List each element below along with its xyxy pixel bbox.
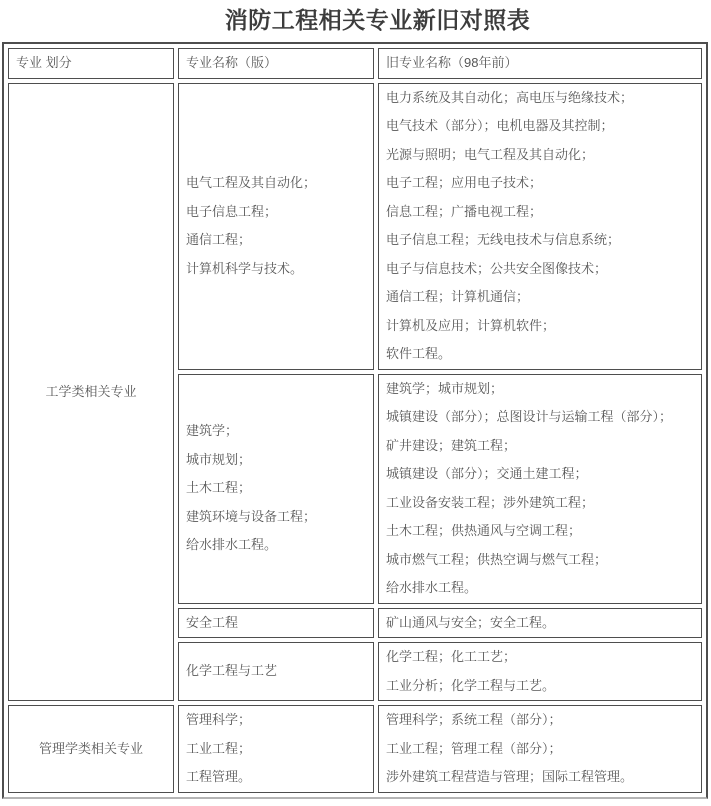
new-major-cell: 管理科学；工业工程；工程管理。	[178, 705, 374, 793]
major-line: 电力系统及其自动化；高电压与绝缘技术；	[386, 84, 694, 113]
major-line: 电子工程；应用电子技术；	[386, 169, 694, 198]
major-line: 电子信息工程；无线电技术与信息系统；	[386, 226, 694, 255]
major-line: 化学工程与工艺	[186, 657, 366, 686]
major-line: 安全工程	[186, 609, 366, 638]
major-line: 建筑学；城市规划；	[386, 375, 694, 404]
page-title: 消防工程相关专业新旧对照表	[0, 7, 711, 34]
major-line: 工业设备安装工程；涉外建筑工程；	[386, 489, 694, 518]
major-line: 计算机及应用；计算机软件；	[386, 312, 694, 341]
new-major-cell: 安全工程	[178, 608, 374, 639]
major-line: 电子信息工程；	[186, 198, 366, 227]
major-line: 管理科学；系统工程（部分）；	[386, 706, 694, 735]
new-major-cell: 电气工程及其自动化；电子信息工程；通信工程；计算机科学与技术。	[178, 83, 374, 370]
major-line: 通信工程；计算机通信；	[386, 283, 694, 312]
major-line: 矿井建设；建筑工程；	[386, 432, 694, 461]
major-line: 化学工程；化工工艺；	[386, 643, 694, 672]
major-line: 信息工程；广播电视工程；	[386, 198, 694, 227]
major-line: 工业工程；	[186, 735, 366, 764]
major-line: 计算机科学与技术。	[186, 255, 366, 284]
table-row: 管理学类相关专业管理科学；工业工程；工程管理。管理科学；系统工程（部分）；工业工…	[8, 705, 702, 793]
major-line: 建筑环境与设备工程；	[186, 503, 366, 532]
major-line: 给水排水工程。	[186, 531, 366, 560]
major-line: 建筑学；	[186, 417, 366, 446]
major-line: 工业工程；管理工程（部分）；	[386, 735, 694, 764]
major-line: 管理科学；	[186, 706, 366, 735]
major-line: 工程管理。	[186, 763, 366, 792]
major-comparison-table: 专业 划分 专业名称（版） 旧专业名称（98年前） 工学类相关专业电气工程及其自…	[2, 42, 708, 799]
header-row: 专业 划分 专业名称（版） 旧专业名称（98年前）	[8, 48, 702, 79]
new-major-cell: 化学工程与工艺	[178, 642, 374, 701]
category-cell: 工学类相关专业	[8, 83, 174, 702]
major-line: 涉外建筑工程营造与管理；国际工程管理。	[386, 763, 694, 792]
major-line: 土木工程；供热通风与空调工程；	[386, 517, 694, 546]
major-line: 城市燃气工程；供热空调与燃气工程；	[386, 546, 694, 575]
major-line: 光源与照明；电气工程及其自动化；	[386, 141, 694, 170]
old-major-cell: 矿山通风与安全；安全工程。	[378, 608, 702, 639]
major-line: 电气工程及其自动化；	[186, 169, 366, 198]
old-major-cell: 电力系统及其自动化；高电压与绝缘技术；电气技术（部分）；电机电器及其控制；光源与…	[378, 83, 702, 370]
major-line: 工业分析；化学工程与工艺。	[386, 672, 694, 701]
old-major-cell: 管理科学；系统工程（部分）；工业工程；管理工程（部分）；涉外建筑工程营造与管理；…	[378, 705, 702, 793]
major-line: 给水排水工程。	[386, 574, 694, 603]
header-old-major-name: 旧专业名称（98年前）	[378, 48, 702, 79]
major-line: 电子与信息技术；公共安全图像技术；	[386, 255, 694, 284]
table-row: 工学类相关专业电气工程及其自动化；电子信息工程；通信工程；计算机科学与技术。电力…	[8, 83, 702, 370]
old-major-cell: 化学工程；化工工艺；工业分析；化学工程与工艺。	[378, 642, 702, 701]
major-line: 土木工程；	[186, 474, 366, 503]
major-line: 城镇建设（部分）；总图设计与运输工程（部分）；	[386, 403, 694, 432]
header-category: 专业 划分	[8, 48, 174, 79]
major-line: 城镇建设（部分）；交通土建工程；	[386, 460, 694, 489]
major-line: 通信工程；	[186, 226, 366, 255]
old-major-cell: 建筑学；城市规划；城镇建设（部分）；总图设计与运输工程（部分）；矿井建设；建筑工…	[378, 374, 702, 604]
category-cell: 管理学类相关专业	[8, 705, 174, 793]
header-new-major-name: 专业名称（版）	[178, 48, 374, 79]
major-line: 矿山通风与安全；安全工程。	[386, 609, 694, 638]
table-body: 工学类相关专业电气工程及其自动化；电子信息工程；通信工程；计算机科学与技术。电力…	[8, 83, 702, 793]
new-major-cell: 建筑学；城市规划；土木工程；建筑环境与设备工程；给水排水工程。	[178, 374, 374, 604]
major-line: 城市规划；	[186, 446, 366, 475]
major-line: 电气技术（部分）；电机电器及其控制；	[386, 112, 694, 141]
major-line: 软件工程。	[386, 340, 694, 369]
